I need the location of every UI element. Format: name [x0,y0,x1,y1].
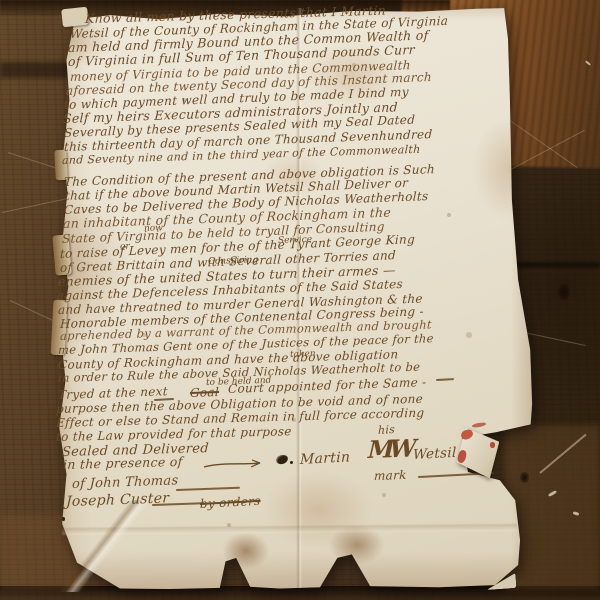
paper-corner-crease [55,500,150,592]
inserted-word: Conspiring [208,255,258,267]
signer-first-name: Martin [300,450,350,467]
witness-signature: Joseph Custer [66,491,170,509]
inserted-word: now [144,223,163,234]
inserted-word: Service [278,235,312,246]
flourish-arrow [202,456,272,472]
ink-blot [290,461,293,464]
foxing-spots [53,4,55,6]
signer-last-name: Wetsil [413,447,457,463]
inserted-word: or [120,242,130,252]
witness-signature: of John Thomas [72,474,179,491]
photograph-of-manuscript: Know all men by these presents that I Ma… [0,0,600,600]
manuscript-line: by orders [200,495,261,510]
manuscript-line: in the presence of [63,456,183,472]
mark-label-mark: mark [374,469,407,482]
signer-mark-monogram: MW [368,436,412,462]
ink-blot [62,517,65,521]
wax-seal-fragment [490,442,495,448]
inserted-word: taken [290,349,316,360]
